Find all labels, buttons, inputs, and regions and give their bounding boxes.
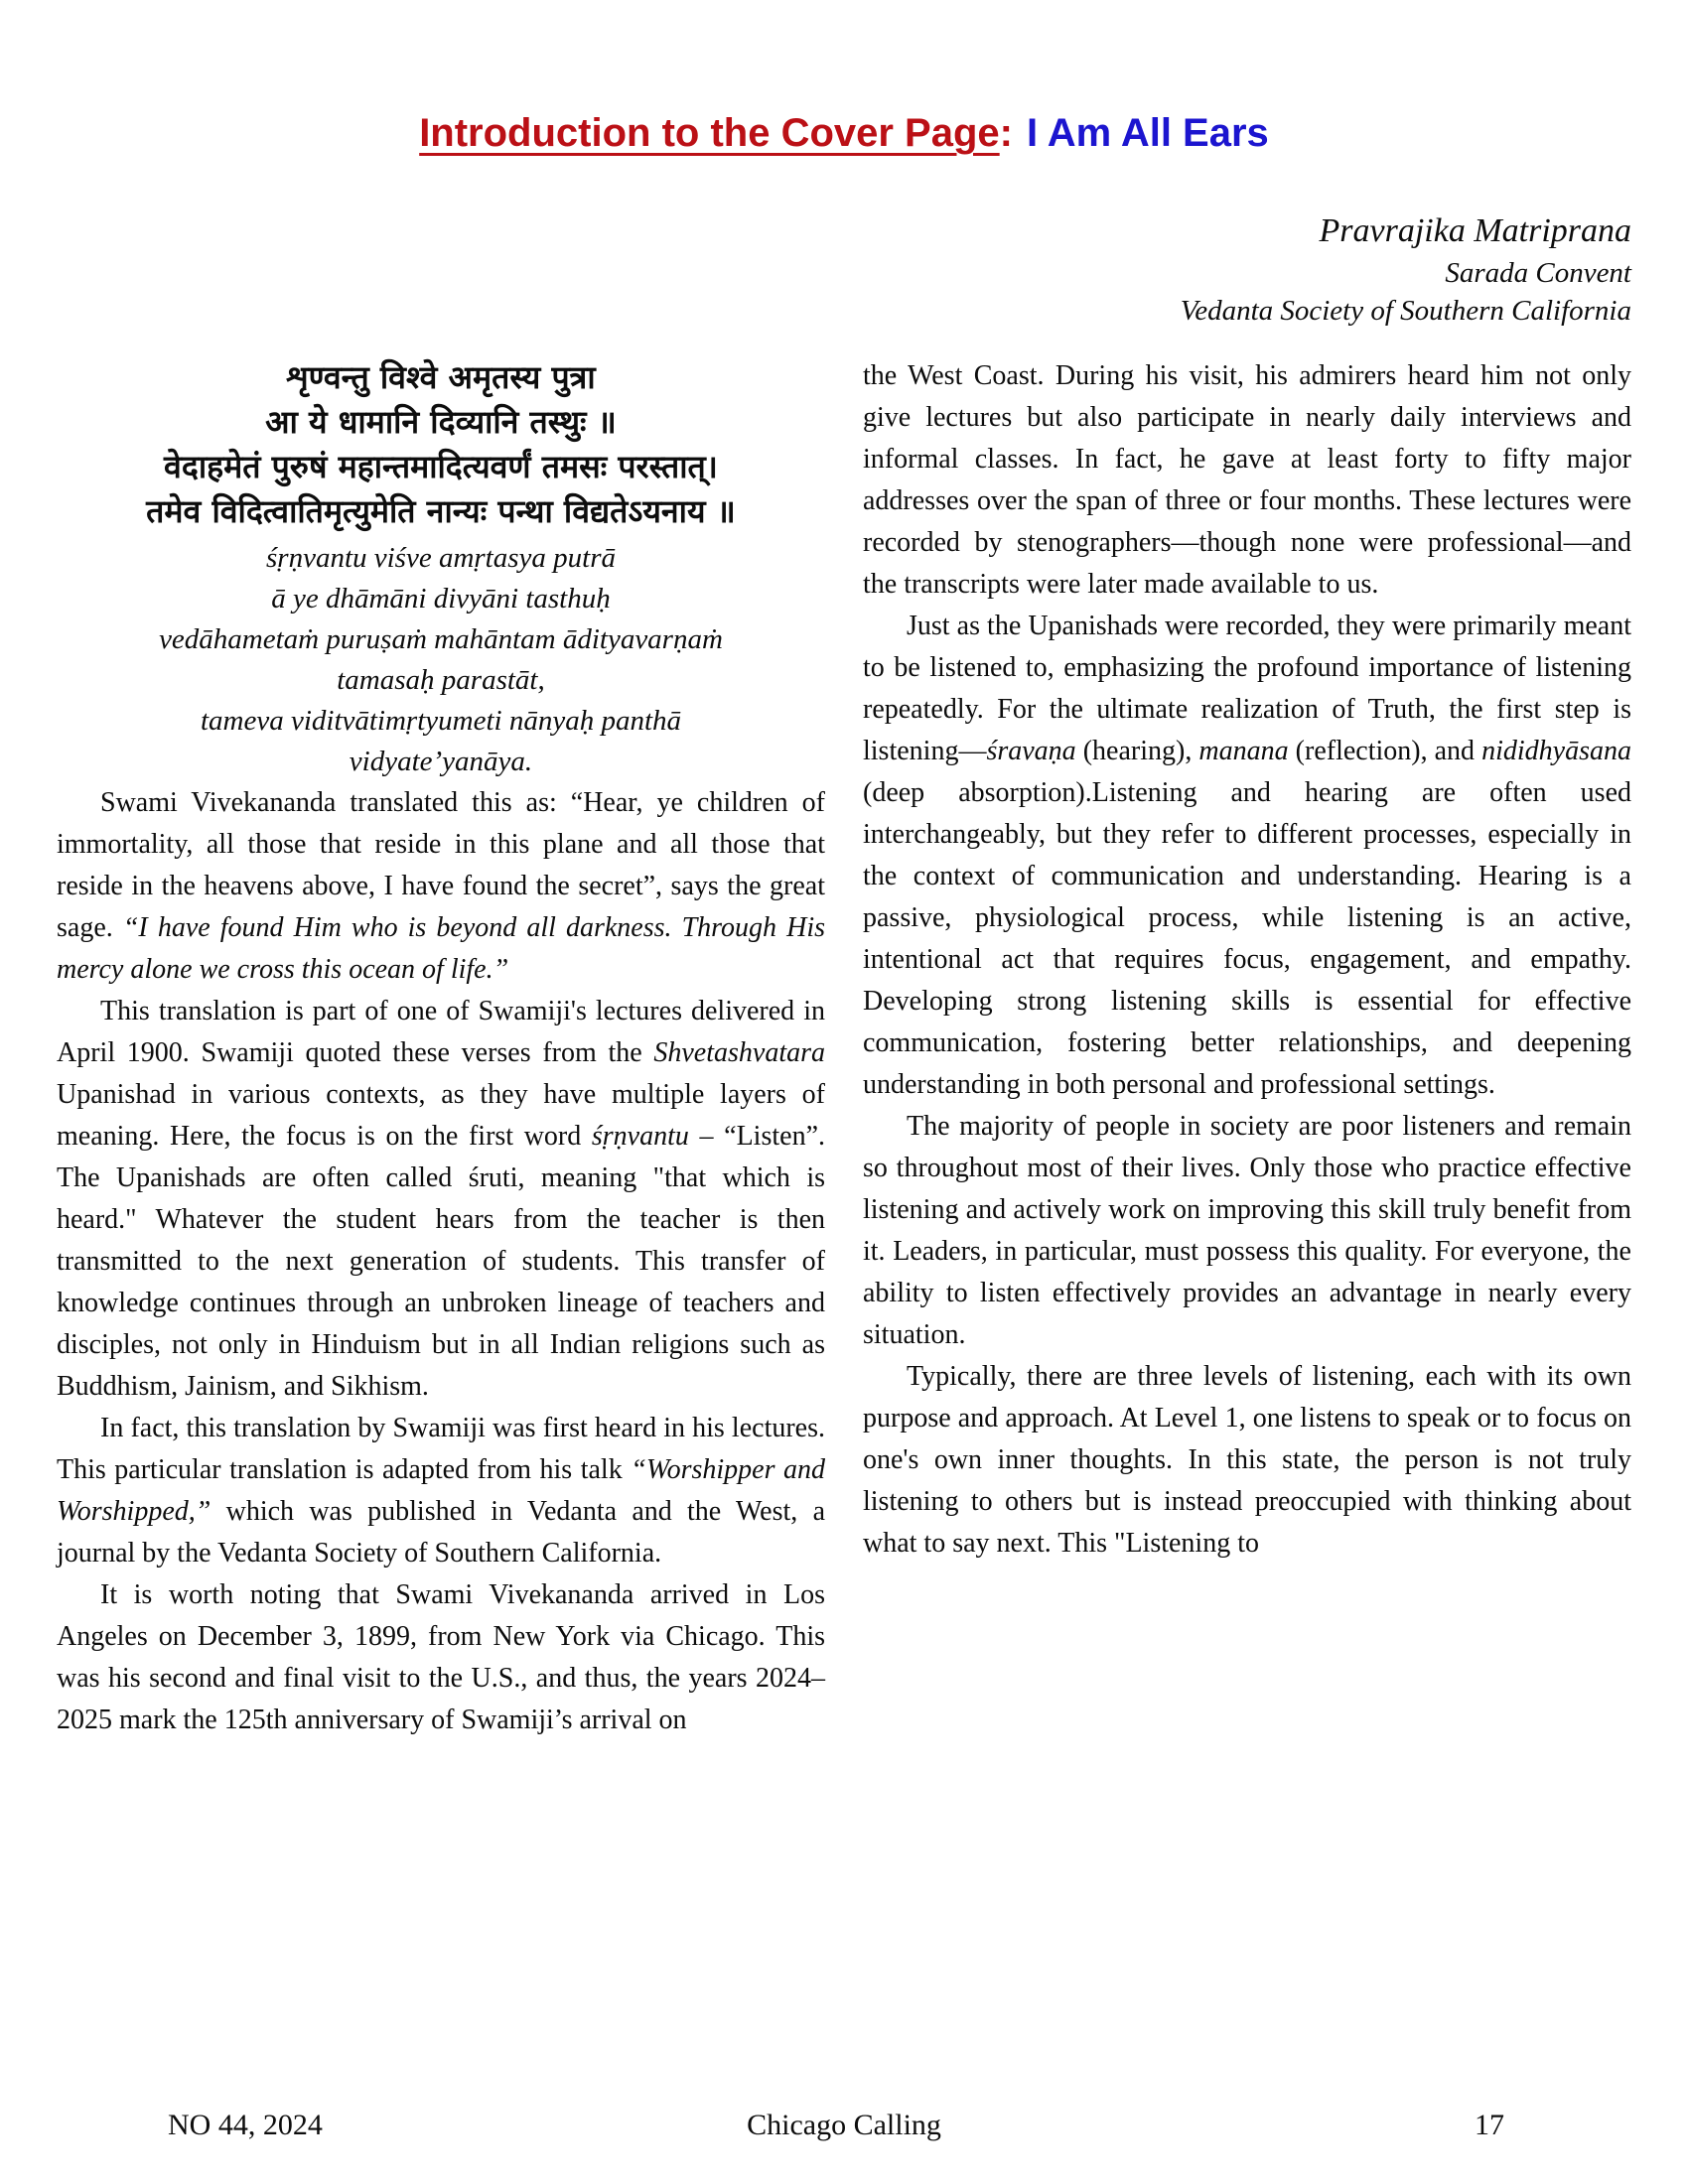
byline-society: Vedanta Society of Southern California — [57, 292, 1631, 330]
body-paragraph: Typically, there are three levels of lis… — [863, 1356, 1631, 1565]
page-title: Introduction to the Cover Page:I Am All … — [57, 0, 1631, 156]
transliteration-line: vedāhametaṁ puruṣaṁ mahāntam ādityavarṇa… — [57, 619, 825, 660]
body-paragraph: the West Coast. During his visit, his ad… — [863, 355, 1631, 606]
body-paragraph: This translation is part of one of Swami… — [57, 991, 825, 1408]
verse-transliteration: śṛṇvantu viśve amṛtasya putrā ā ye dhāmā… — [57, 538, 825, 782]
page-footer: NO 44, 2024 Chicago Calling 17 — [57, 2109, 1631, 2142]
sanskrit-verse: शृण्वन्तु विश्वे अमृतस्य पुत्रा आ ये धाम… — [57, 355, 825, 534]
footer-issue: NO 44, 2024 — [57, 2109, 747, 2142]
transliteration-line: tameva viditvātimṛtyumeti nānyaḥ panthā — [57, 701, 825, 742]
document-page: Introduction to the Cover Page:I Am All … — [0, 0, 1688, 2184]
footer-page-number: 17 — [941, 2109, 1631, 2142]
sanskrit-verse-line: आ ये धामानि दिव्यानि तस्थुः ॥ — [57, 400, 825, 445]
sanskrit-verse-line: शृण्वन्तु विश्वे अमृतस्य पुत्रा — [57, 355, 825, 400]
byline-convent: Sarada Convent — [57, 254, 1631, 292]
left-column: शृण्वन्तु विश्वे अमृतस्य पुत्रा आ ये धाम… — [57, 355, 825, 1741]
transliteration-line: ā ye dhāmāni divyāni tasthuḥ — [57, 579, 825, 619]
byline-author: Pravrajika Matriprana — [57, 209, 1631, 254]
sanskrit-verse-line: तमेव विदित्वातिमृत्युमेति नान्यः पन्था व… — [57, 489, 825, 534]
footer-journal-name: Chicago Calling — [747, 2109, 941, 2142]
right-column: the West Coast. During his visit, his ad… — [863, 355, 1631, 1741]
transliteration-line: śṛṇvantu viśve amṛtasya putrā — [57, 538, 825, 579]
body-paragraph: It is worth noting that Swami Vivekanand… — [57, 1574, 825, 1741]
title-colon: : — [1000, 111, 1013, 155]
body-paragraph: In fact, this translation by Swamiji was… — [57, 1408, 825, 1574]
transliteration-line: tamasaḥ parastāt, — [57, 660, 825, 701]
body-paragraph: Just as the Upanishads were recorded, th… — [863, 606, 1631, 1106]
title-highlight: I Am All Ears — [1027, 111, 1269, 155]
body-paragraph: Swami Vivekananda translated this as: “H… — [57, 782, 825, 991]
two-column-body: शृण्वन्तु विश्वे अमृतस्य पुत्रा आ ये धाम… — [57, 355, 1631, 1741]
sanskrit-verse-line: वेदाहमेतं पुरुषं महान्तमादित्यवर्णं तमसः… — [57, 445, 825, 489]
body-paragraph: The majority of people in society are po… — [863, 1106, 1631, 1356]
byline: Pravrajika Matriprana Sarada Convent Ved… — [57, 209, 1631, 330]
title-main: Introduction to the Cover Page — [419, 111, 999, 155]
transliteration-line: vidyate’yanāya. — [57, 742, 825, 782]
